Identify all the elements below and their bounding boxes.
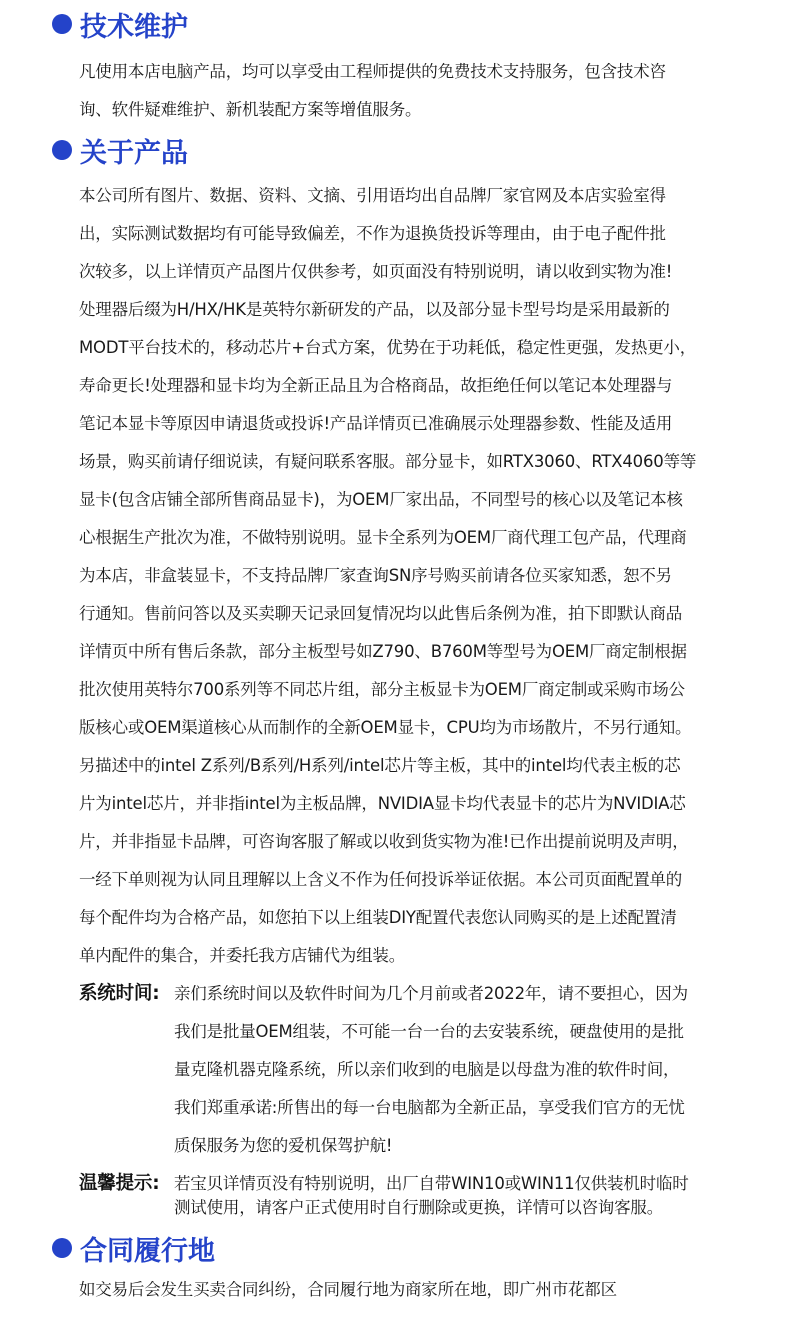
note-label: 系统时间: xyxy=(79,975,174,1165)
note-warm-tip: 温馨提示: 若宝贝详情页没有特别说明，出厂自带WIN10或WIN11仅供装机时临… xyxy=(79,1172,759,1220)
text-line: 处理器后缀为H/HX/HK是英特尔新研发的产品，以及部分显卡型号均是采用最新的 xyxy=(79,291,749,329)
text-line: 我们郑重承诺:所售出的每一台电脑都为全新正品，享受我们官方的无忧 xyxy=(174,1089,688,1127)
text-line: 凡使用本店电脑产品，均可以享受由工程师提供的免费技术支持服务，包含技术咨 xyxy=(79,53,749,91)
text-line: 显卡(包含店铺全部所售商品显卡)，为OEM厂家出品，不同型号的核心以及笔记本核 xyxy=(79,481,749,519)
section-title: 合同履行地 xyxy=(80,1229,215,1268)
bullet-dot-icon xyxy=(52,140,72,160)
contract-place-paragraph: 如交易后会发生买卖合同纠纷，合同履行地为商家所在地，即广州市花都区 xyxy=(79,1271,749,1309)
note-system-time: 系统时间: 亲们系统时间以及软件时间为几个月前或者2022年，请不要担心，因为 … xyxy=(79,975,759,1165)
section-heading-tech-support: 技术维护 xyxy=(52,4,188,44)
section-heading-contract-place: 合同履行地 xyxy=(52,1228,215,1268)
section-title: 技术维护 xyxy=(80,5,188,44)
text-line: 亲们系统时间以及软件时间为几个月前或者2022年，请不要担心，因为 xyxy=(174,975,688,1013)
text-line: 心根据生产批次为准，不做特别说明。显卡全系列为OEM厂商代理工包产品，代理商 xyxy=(79,519,749,557)
section-title: 关于产品 xyxy=(80,131,188,170)
about-product-paragraph: 本公司所有图片、数据、资料、文摘、引用语均出自品牌厂家官网及本店实验室得 出，实… xyxy=(79,177,749,975)
text-line: 场景，购买前请仔细说读，有疑问联系客服。部分显卡，如RTX3060、RTX406… xyxy=(79,443,749,481)
note-body: 若宝贝详情页没有特别说明，出厂自带WIN10或WIN11仅供装机时临时 测试使用… xyxy=(174,1172,689,1220)
text-line: 本公司所有图片、数据、资料、文摘、引用语均出自品牌厂家官网及本店实验室得 xyxy=(79,177,749,215)
text-line: 一经下单则视为认同且理解以上含义不作为任何投诉举证依据。本公司页面配置单的 xyxy=(79,861,749,899)
text-line: MODT平台技术的，移动芯片+台式方案，优势在于功耗低，稳定性更强，发热更小， xyxy=(79,329,749,367)
text-line: 为本店，非盒装显卡，不支持品牌厂家查询SN序号购买前请各位买家知悉，恕不另 xyxy=(79,557,749,595)
text-line: 次较多，以上详情页产品图片仅供参考，如页面没有特别说明，请以收到实物为准! xyxy=(79,253,749,291)
text-line: 若宝贝详情页没有特别说明，出厂自带WIN10或WIN11仅供装机时临时 xyxy=(174,1172,689,1196)
text-line: 片为intel芯片，并非指intel为主板品牌，NVIDIA显卡均代表显卡的芯片… xyxy=(79,785,749,823)
bullet-dot-icon xyxy=(52,1238,72,1258)
note-body: 亲们系统时间以及软件时间为几个月前或者2022年，请不要担心，因为 我们是批量O… xyxy=(174,975,688,1165)
note-label: 温馨提示: xyxy=(79,1172,174,1220)
text-line: 质保服务为您的爱机保驾护航! xyxy=(174,1127,688,1165)
text-line: 寿命更长!处理器和显卡均为全新正品且为合格商品，故拒绝任何以笔记本处理器与 xyxy=(79,367,749,405)
text-line: 我们是批量OEM组装，不可能一台一台的去安装系统，硬盘使用的是批 xyxy=(174,1013,688,1051)
text-line: 片，并非指显卡品牌，可咨询客服了解或以收到货实物为准!已作出提前说明及声明， xyxy=(79,823,749,861)
text-line: 单内配件的集合，并委托我方店铺代为组装。 xyxy=(79,937,749,975)
bullet-dot-icon xyxy=(52,14,72,34)
text-line: 详情页中所有售后条款，部分主板型号如Z790、B760M等型号为OEM厂商定制根… xyxy=(79,633,749,671)
text-line: 版核心或OEM渠道核心从而制作的全新OEM显卡，CPU均为市场散片，不另行通知。 xyxy=(79,709,749,747)
text-line: 量克隆机器克隆系统，所以亲们收到的电脑是以母盘为准的软件时间， xyxy=(174,1051,688,1089)
text-line: 如交易后会发生买卖合同纠纷，合同履行地为商家所在地，即广州市花都区 xyxy=(79,1271,749,1309)
text-line: 出，实际测试数据均有可能导致偏差，不作为退换货投诉等理由，由于电子配件批 xyxy=(79,215,749,253)
text-line: 另描述中的intel Z系列/B系列/H系列/intel芯片等主板，其中的int… xyxy=(79,747,749,785)
text-line: 批次使用英特尔700系列等不同芯片组，部分主板显卡为OEM厂商定制或采购市场公 xyxy=(79,671,749,709)
text-line: 每个配件均为合格产品，如您拍下以上组装DIY配置代表您认同购买的是上述配置清 xyxy=(79,899,749,937)
tech-support-paragraph: 凡使用本店电脑产品，均可以享受由工程师提供的免费技术支持服务，包含技术咨 询、软… xyxy=(79,53,749,129)
text-line: 笔记本显卡等原因申请退货或投诉!产品详情页已准确展示处理器参数、性能及适用 xyxy=(79,405,749,443)
text-line: 询、软件疑难维护、新机装配方案等增值服务。 xyxy=(79,91,749,129)
section-heading-about-product: 关于产品 xyxy=(52,130,188,170)
text-line: 行通知。售前问答以及买卖聊天记录回复情况均以此售后条例为准，拍下即默认商品 xyxy=(79,595,749,633)
text-line: 测试使用，请客户正式使用时自行删除或更换，详情可以咨询客服。 xyxy=(174,1196,689,1220)
